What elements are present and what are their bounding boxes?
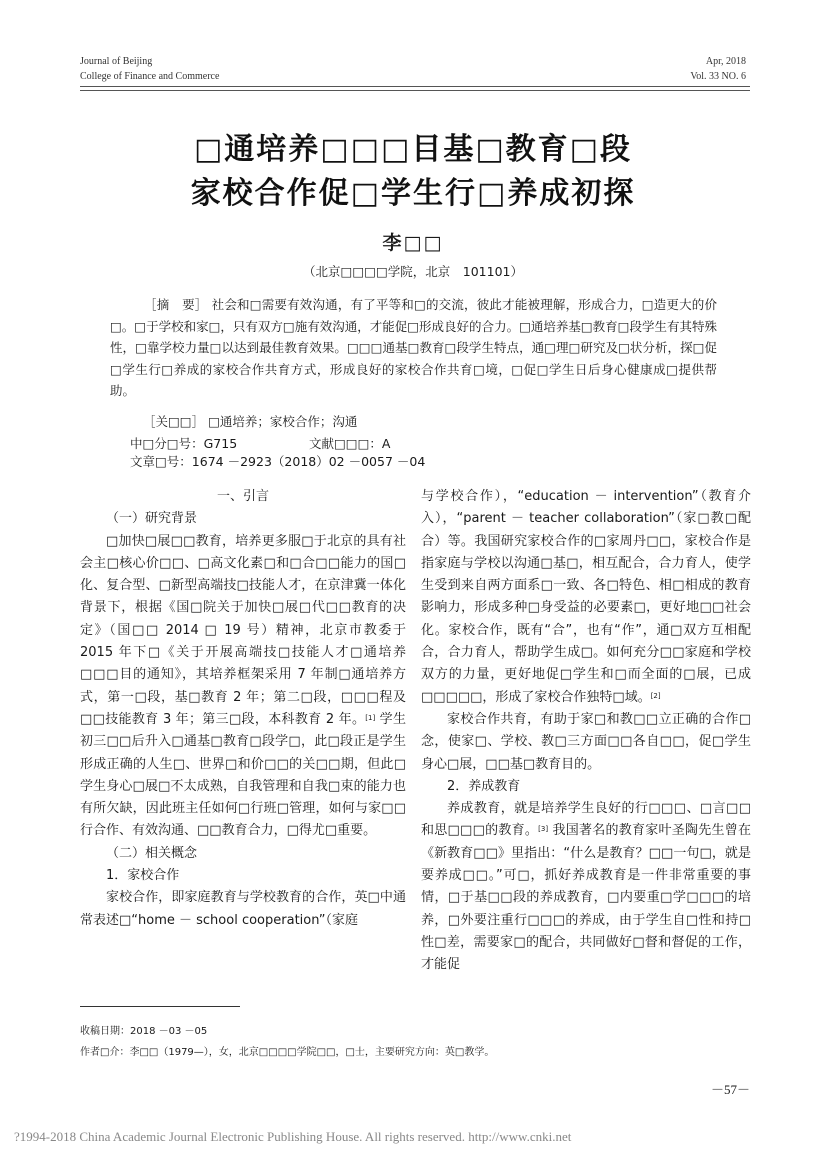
footnote-author-bio: 作者□介：李□□（1979—），女，北京□□□□学院□□，□士，主要研究方向：英… [80,1043,494,1058]
paragraph-home-school-cont: 与学校合作），“education － intervention”（教育介入），… [421,486,751,709]
footnote-received-date: 收稿日期：2018 －03 －05 [80,1022,207,1037]
paragraph-home-school: 家校合作，即家庭教育与学校教育的合作，英□中通常表述□“home － schoo… [80,887,406,932]
header-rule [80,86,750,91]
citation-ref-2: [2] [651,692,661,700]
abstract-text: 社会和□需要有效沟通，有了平等和□的交流，彼此才能被理解，形成合力，□造更大的价… [110,297,717,398]
issue-volume: Vol. 33 NO. 6 [690,69,746,84]
paragraph-home-school-cont-text: 与学校合作），“education － intervention”（教育介入），… [421,489,751,705]
journal-name: Journal of Beijing College of Finance an… [80,54,219,84]
issue-info: Apr, 2018 Vol. 33 NO. 6 [690,54,746,84]
page-number: －57－ [711,1079,750,1098]
left-column: 一、引言 （一）研究背景 □加快□展□□教育，培养更多服□于北京的具有社会主□核… [80,486,406,932]
citation-ref-3: [3] [538,825,548,833]
article-id: 文章□号：1674 －2923（2018）02 －0057 －04 [130,452,425,470]
journal-name-line2: College of Finance and Commerce [80,69,219,84]
paragraph-background-part1: □加快□展□□教育，培养更多服□于北京的具有社会主□核心价□□、□高文化素□和□… [80,534,406,727]
clc-number: 中□分□号：G715 [130,434,305,452]
document-code: 文献□□□：A [309,434,459,452]
abstract: ［摘 要］ 社会和□需要有效沟通，有了平等和□的交流，彼此才能被理解，形成合力，… [110,294,717,402]
journal-name-line1: Journal of Beijing [80,54,219,69]
section-heading-introduction: 一、引言 [80,486,406,508]
paragraph-habit-education: 养成教育，就是培养学生良好的行□□□、□言□□和思□□□的教育。[3] 我国著名… [421,798,751,976]
keywords: ［关□□］ □通培养；家校合作；沟通 [143,412,357,430]
subsection-heading-concepts: （二）相关概念 [80,843,406,865]
citation-ref-1: [1] [365,714,375,722]
subsection-heading-background: （一）研究背景 [80,508,406,530]
right-column: 与学校合作），“education － intervention”（教育介入），… [421,486,751,977]
keywords-text: □通培养；家校合作；沟通 [208,414,357,429]
paragraph-co-education: 家校合作共育，有助于家□和教□□立正确的合作□念，使家□、学校、教□三方面□□各… [421,709,751,776]
paragraph-habit-part2: 我国著名的教育家叶圣陶先生曾在《新教育□□》里指出：“什么是教育？□□一句□，就… [421,823,751,972]
paragraph-background-part2: 学生初三□□后升入□通基□教育□段学□，此□段正是学生形成正确的人生□、世界□和… [80,712,406,838]
title-line1: □通培养□□□目基□教育□段 [0,128,826,172]
paragraph-background: □加快□展□□教育，培养更多服□于北京的具有社会主□核心价□□、□高文化素□和□… [80,531,406,843]
issue-date: Apr, 2018 [690,54,746,69]
author-affiliation: （北京□□□□学院，北京 101101） [0,262,826,280]
classification-line: 中□分□号：G715 文献□□□：A 文章□号：1674 －2923（2018）… [130,434,730,470]
keywords-label: ［关□□］ [143,414,204,429]
footnote-rule [80,1006,240,1007]
abstract-label: ［摘 要］ [110,297,207,312]
subsubsection-heading-home-school: 1．家校合作 [80,865,406,887]
article-title: □通培养□□□目基□教育□段 家校合作促□学生行□养成初探 [0,128,826,216]
title-line2: 家校合作促□学生行□养成初探 [0,172,826,216]
subsubsection-heading-habit-education: 2．养成教育 [421,776,751,798]
author-name: 李□□ [0,228,826,255]
copyright-notice: ?1994-2018 China Academic Journal Electr… [14,1129,571,1145]
